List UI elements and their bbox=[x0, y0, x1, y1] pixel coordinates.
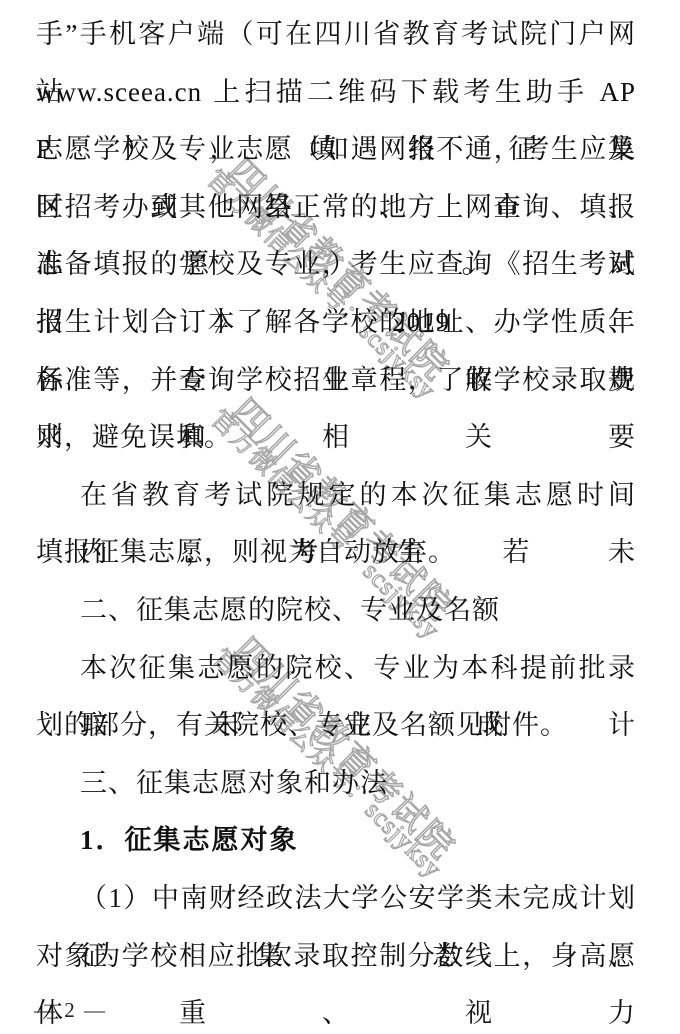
text-line: 准备填报的学校及专业，考生应查询《招生考试报》2019 年 bbox=[36, 236, 636, 294]
text-line: 在省教育考试院规定的本次征集志愿时间内，考生若未 bbox=[36, 467, 636, 525]
text-line: www.sceea.cn 上扫描二维码下载考生助手 APP），填报征集 bbox=[36, 64, 636, 122]
text-line: 志愿学校及专业志愿（如遇网络不通，考生应及时到县、市、 bbox=[36, 121, 636, 179]
document-body: 手”手机客户端（可在四川省教育考试院门户网站 www.sceea.cn 上扫描二… bbox=[36, 6, 636, 985]
text-line: 标准等，并查询学校招生章程，了解学校录取规则和相关要 bbox=[36, 352, 636, 410]
section-heading-3: 三、征集志愿对象和办法 bbox=[36, 755, 636, 813]
document-page: 四川省教育考试院 官方微信公众号：scsjyksy 四川省教育考试院 官方微信公… bbox=[0, 0, 680, 1034]
text-line: 本次征集志愿的院校、专业为本科提前批录取未完成计 bbox=[36, 640, 636, 698]
subsection-heading-1: 1．征集志愿对象 bbox=[36, 812, 636, 870]
text-line: 划的部分，有关院校、专业及名额见附件。 bbox=[36, 697, 636, 755]
text-line: 招生计划合订本了解各学校的地址、办学性质、各专业收费 bbox=[36, 294, 636, 352]
page-number: — 2 — bbox=[34, 998, 107, 1023]
text-line: 对象为学校相应批次录取控制分数线上，身高、体重、视力 bbox=[36, 928, 636, 986]
text-line: （1）中南财经政法大学公安学类未完成计划征集志愿 bbox=[36, 870, 636, 928]
text-line: 手”手机客户端（可在四川省教育考试院门户网站 bbox=[36, 6, 636, 64]
text-line: 区招考办或其他网络正常的地方上网查询、填报志愿）。对 bbox=[36, 179, 636, 237]
section-heading-2: 二、征集志愿的院校、专业及名额 bbox=[36, 582, 636, 640]
